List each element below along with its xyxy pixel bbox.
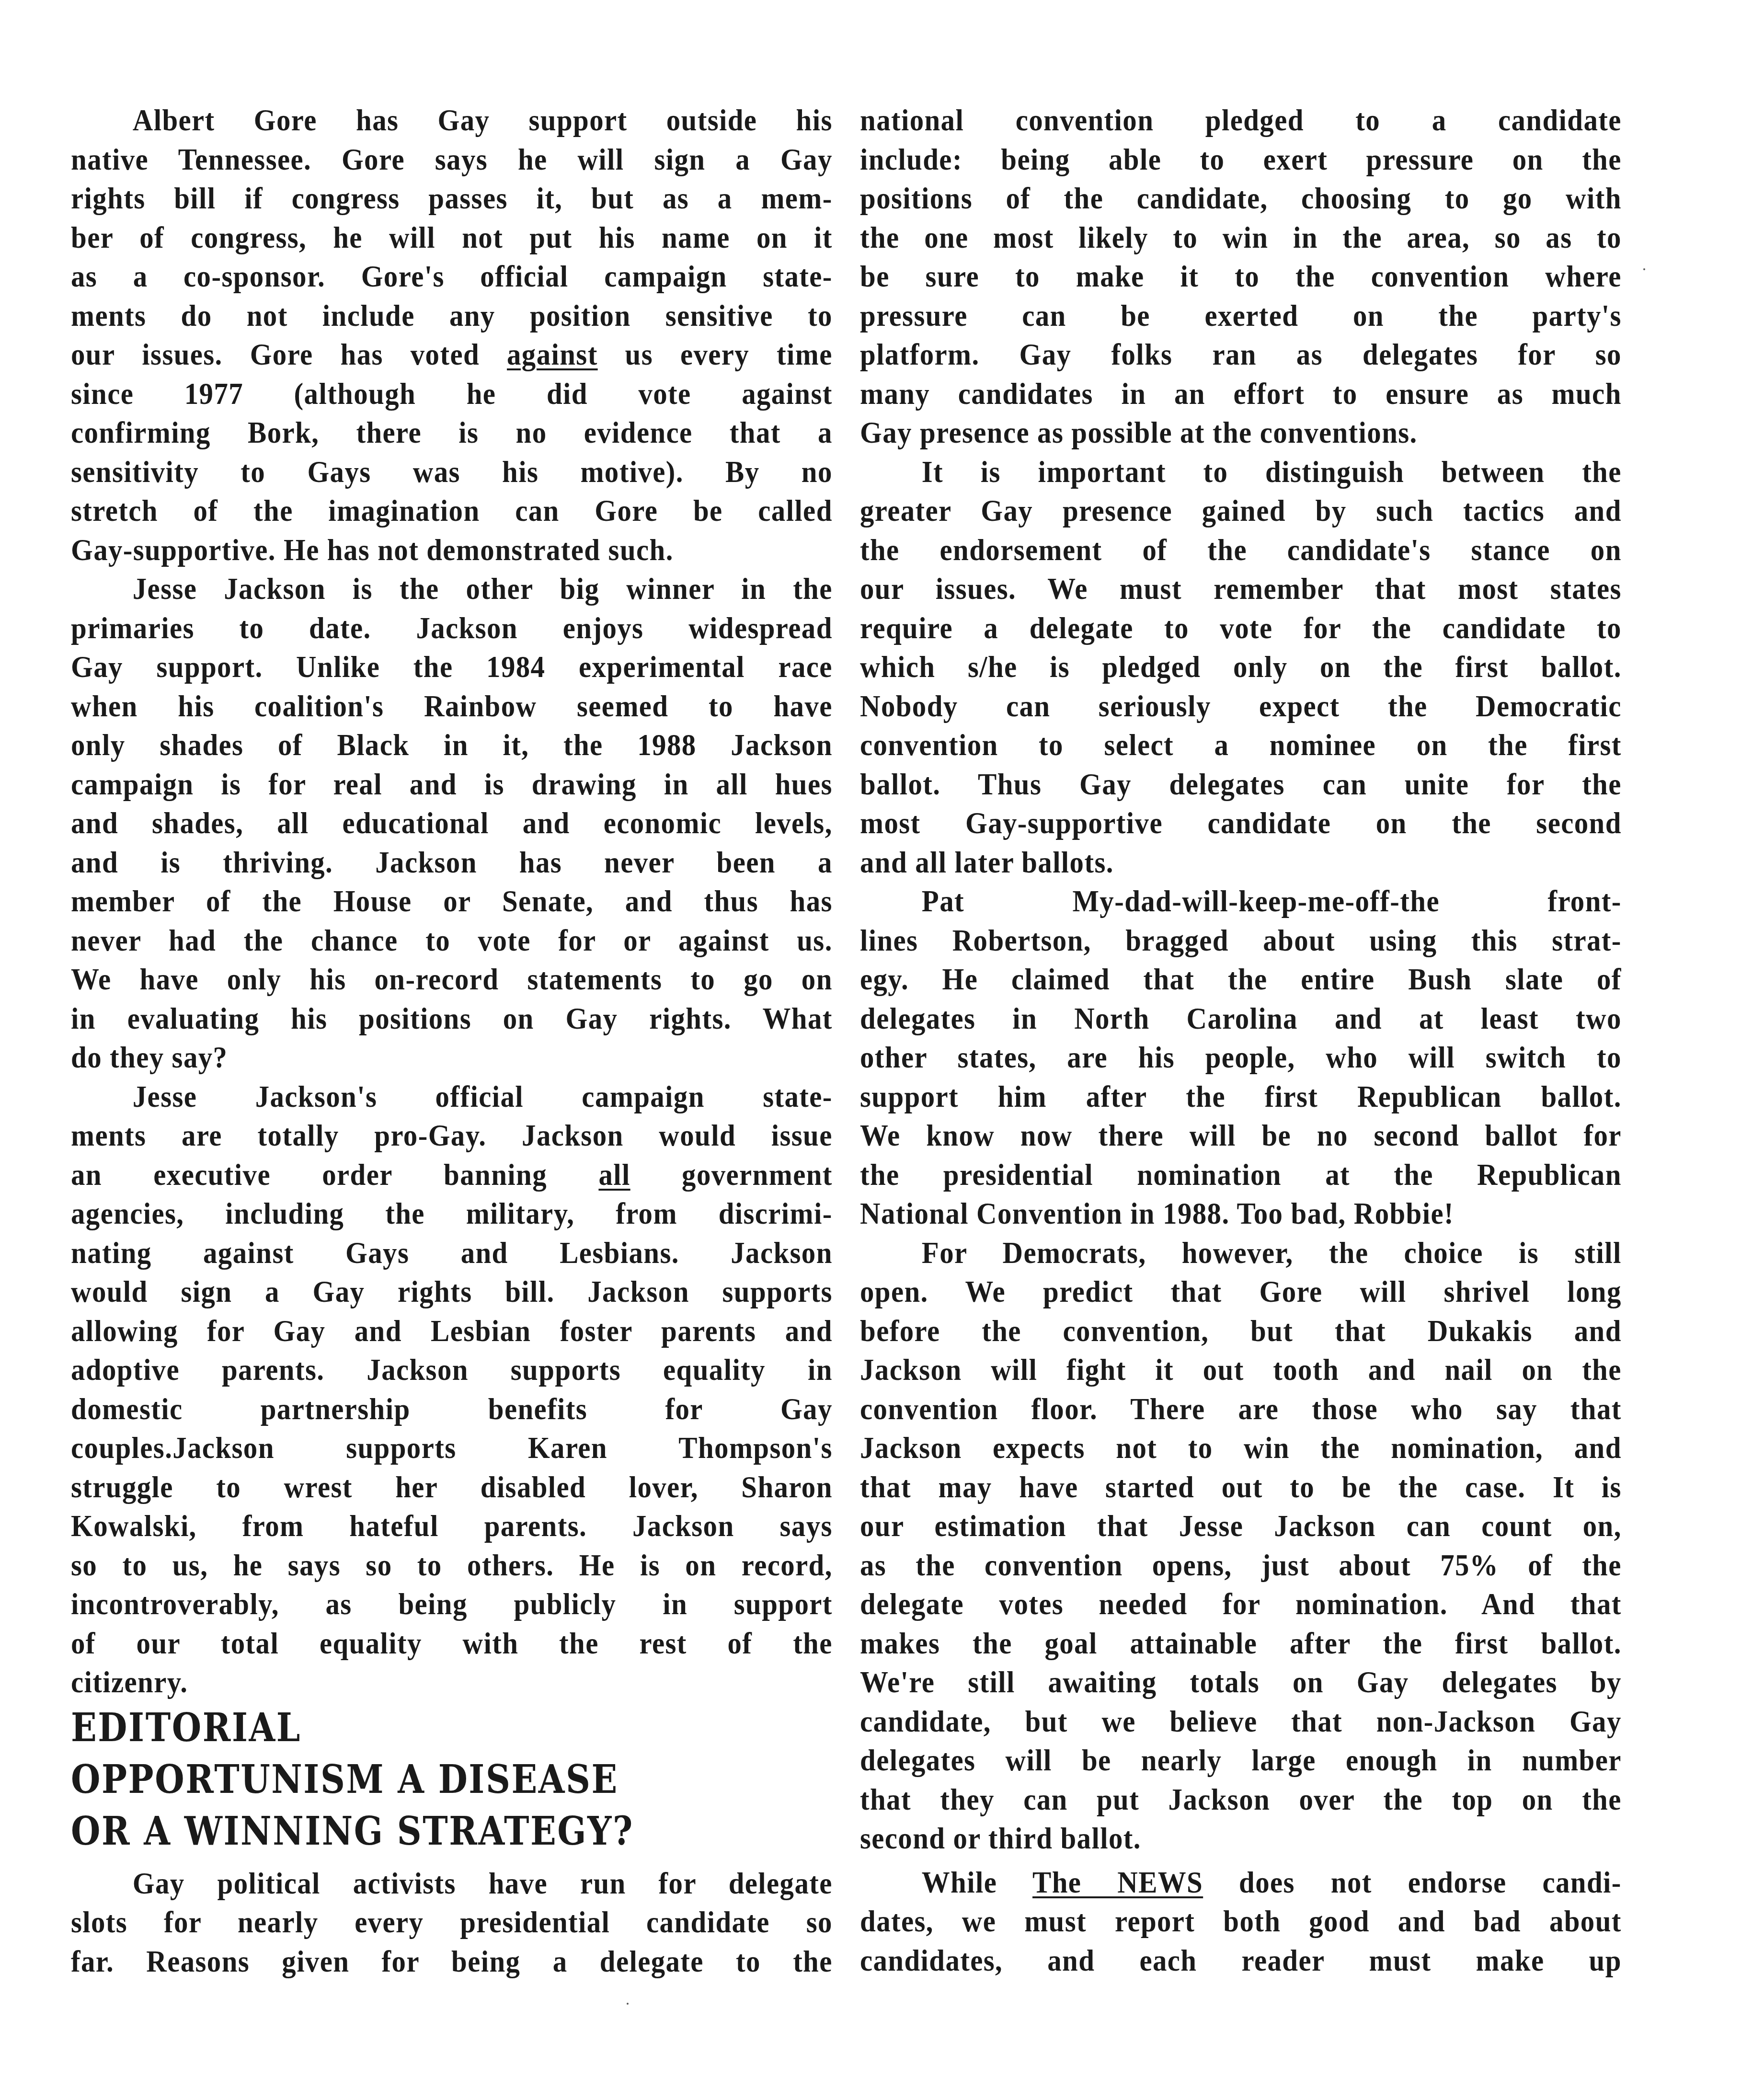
text-fragment: While xyxy=(922,1865,1032,1899)
text-line: Jackson will fight it out tooth and nail… xyxy=(860,1350,1622,1389)
paragraph-jackson-statements: Jesse Jackson's official campaign state-… xyxy=(71,1077,833,1702)
text-line: Gay support. Unlike the 1984 experimenta… xyxy=(71,647,833,687)
paragraph-robertson: Pat My-dad-will-keep-me-off-the front- l… xyxy=(860,882,1622,1233)
text-line: adoptive parents. Jackson supports equal… xyxy=(71,1350,833,1389)
paragraph-news: While The NEWS does not endorse candi- d… xyxy=(860,1863,1622,1980)
text-line: native Tennessee. Gore says he will sign… xyxy=(71,140,833,179)
text-line: since 1977 (although he did vote against xyxy=(71,374,833,413)
paragraph-democrats: For Democrats, however, the choice is st… xyxy=(860,1233,1622,1858)
text-fragment: our issues. Gore has voted xyxy=(71,337,507,371)
text-line: It is important to distinguish between t… xyxy=(860,452,1622,492)
text-line: Jesse Jackson is the other big winner in… xyxy=(71,569,833,608)
text-line: makes the goal attainable after the firs… xyxy=(860,1624,1622,1663)
text-line: before the convention, but that Dukakis … xyxy=(860,1311,1622,1351)
text-line: For Democrats, however, the choice is st… xyxy=(860,1233,1622,1273)
text-line: candidates, and each reader must make up xyxy=(860,1941,1622,1980)
text-line: slots for nearly every presidential cand… xyxy=(71,1903,833,1942)
text-line: the one most likely to win in the area, … xyxy=(860,218,1622,257)
text-line: lines Robertson, bragged about using thi… xyxy=(860,921,1622,960)
text-line: most Gay-supportive candidate on the sec… xyxy=(860,803,1622,843)
text-line: rights bill if congress passes it, but a… xyxy=(71,179,833,218)
text-line: delegates in North Carolina and at least… xyxy=(860,999,1622,1038)
text-line: egy. He claimed that the entire Bush sla… xyxy=(860,960,1622,999)
text-line: delegates will be nearly large enough in… xyxy=(860,1741,1622,1780)
text-line: only shades of Black in it, the 1988 Jac… xyxy=(71,725,833,765)
text-line: and shades, all educational and economic… xyxy=(71,803,833,843)
text-line: include: being able to exert pressure on… xyxy=(860,140,1622,179)
text-line: which s/he is pledged only on the first … xyxy=(860,647,1622,687)
text-line: and all later ballots. xyxy=(860,843,1622,882)
text-line: couples.Jackson supports Karen Thompson'… xyxy=(71,1428,833,1468)
text-line: that they can put Jackson over the top o… xyxy=(860,1780,1622,1819)
text-line: platform. Gay folks ran as delegates for… xyxy=(860,335,1622,374)
text-line: never had the chance to vote for or agai… xyxy=(71,921,833,960)
text-line: Kowalski, from hateful parents. Jackson … xyxy=(71,1506,833,1546)
text-line: many candidates in an effort to ensure a… xyxy=(860,374,1622,413)
editorial-kicker: EDITORIAL xyxy=(71,1702,726,1754)
text-fragment: government xyxy=(630,1158,833,1192)
text-line: confirming Bork, there is no evidence th… xyxy=(71,413,833,452)
text-line: delegate votes needed for nomination. An… xyxy=(860,1584,1622,1624)
text-line: would sign a Gay rights bill. Jackson su… xyxy=(71,1272,833,1311)
text-fragment: does not endorse candi- xyxy=(1203,1865,1622,1899)
text-line: struggle to wrest her disabled lover, Sh… xyxy=(71,1468,833,1507)
paragraph-gore: Albert Gore has Gay support outside his … xyxy=(71,101,833,569)
left-column: Albert Gore has Gay support outside his … xyxy=(71,101,833,1981)
text-line: agencies, including the military, from d… xyxy=(71,1194,833,1233)
text-line: convention floor. There are those who sa… xyxy=(860,1389,1622,1429)
text-line: as the convention opens, just about 75% … xyxy=(860,1546,1622,1585)
text-line: sensitivity to Gays was his motive). By … xyxy=(71,452,833,492)
text-line: nating against Gays and Lesbians. Jackso… xyxy=(71,1233,833,1273)
text-line: We know now there will be no second ball… xyxy=(860,1116,1622,1155)
text-line: Nobody can seriously expect the Democrat… xyxy=(860,687,1622,726)
paragraph-reasons: national convention pledged to a candida… xyxy=(860,101,1622,452)
underlined-all: all xyxy=(598,1158,630,1192)
text-line: far. Reasons given for being a delegate … xyxy=(71,1942,833,1981)
text-line: campaign is for real and is drawing in a… xyxy=(71,765,833,804)
text-line: ballot. Thus Gay delegates can unite for… xyxy=(860,765,1622,804)
text-line: Jesse Jackson's official campaign state- xyxy=(71,1077,833,1116)
text-line-with-underline: our issues. Gore has voted against us ev… xyxy=(71,335,833,374)
text-line: Albert Gore has Gay support outside his xyxy=(71,101,833,140)
text-line: candidate, but we believe that non-Jacks… xyxy=(860,1702,1622,1741)
underlined-against: against xyxy=(507,337,598,371)
text-line: ments are totally pro-Gay. Jackson would… xyxy=(71,1116,833,1155)
headline-line-1: OPPORTUNISM A DISEASE xyxy=(71,1754,726,1805)
right-column: national convention pledged to a candida… xyxy=(860,101,1622,1980)
text-line: convention to select a nominee on the fi… xyxy=(860,725,1622,765)
headline-line-2: OR A WINNING STRATEGY? xyxy=(71,1805,726,1857)
scan-speck xyxy=(1643,268,1645,270)
text-line: dates, we must report both good and bad … xyxy=(860,1902,1622,1941)
text-fragment: an executive order banning xyxy=(71,1158,598,1192)
text-line: stretch of the imagination can Gore be c… xyxy=(71,491,833,530)
text-line: positions of the candidate, choosing to … xyxy=(860,179,1622,218)
text-line: pressure can be exerted on the party's xyxy=(860,296,1622,335)
text-line: National Convention in 1988. Too bad, Ro… xyxy=(860,1194,1622,1233)
text-line: so to us, he says so to others. He is on… xyxy=(71,1546,833,1585)
paragraph-activists: Gay political activists have run for del… xyxy=(71,1864,833,1981)
text-line-with-underline: an executive order banning all governmen… xyxy=(71,1155,833,1194)
paragraph-jackson-winner: Jesse Jackson is the other big winner in… xyxy=(71,569,833,1077)
text-line: greater Gay presence gained by such tact… xyxy=(860,491,1622,530)
text-line: in evaluating his positions on Gay right… xyxy=(71,999,833,1038)
text-line: do they say? xyxy=(71,1038,833,1077)
text-line: citizenry. xyxy=(71,1663,833,1702)
editorial-heading: EDITORIAL OPPORTUNISM A DISEASE OR A WIN… xyxy=(71,1702,833,1857)
text-line: and is thriving. Jackson has never been … xyxy=(71,843,833,882)
text-line: Gay political activists have run for del… xyxy=(71,1864,833,1903)
text-line: Pat My-dad-will-keep-me-off-the front- xyxy=(860,882,1622,921)
text-line: that may have started out to be the case… xyxy=(860,1468,1622,1507)
text-line: our estimation that Jesse Jackson can co… xyxy=(860,1506,1622,1546)
text-line: Gay presence as possible at the conventi… xyxy=(860,413,1622,452)
text-line: second or third ballot. xyxy=(860,1819,1622,1858)
text-line: We have only his on-record statements to… xyxy=(71,960,833,999)
text-line: the endorsement of the candidate's stanc… xyxy=(860,530,1622,570)
scan-speck xyxy=(627,2003,629,2005)
text-line: require a delegate to vote for the candi… xyxy=(860,608,1622,648)
text-line: open. We predict that Gore will shrivel … xyxy=(860,1272,1622,1311)
text-line: of our total equality with the rest of t… xyxy=(71,1624,833,1663)
text-line: national convention pledged to a candida… xyxy=(860,101,1622,140)
text-line: domestic partnership benefits for Gay xyxy=(71,1389,833,1429)
text-line: Jackson expects not to win the nominatio… xyxy=(860,1428,1622,1468)
text-line-with-underline: While The NEWS does not endorse candi- xyxy=(860,1863,1622,1902)
text-line: ber of congress, he will not put his nam… xyxy=(71,218,833,257)
text-line: our issues. We must remember that most s… xyxy=(860,569,1622,608)
text-line: member of the House or Senate, and thus … xyxy=(71,882,833,921)
text-line: allowing for Gay and Lesbian foster pare… xyxy=(71,1311,833,1351)
text-line: ments do not include any position sensit… xyxy=(71,296,833,335)
text-line: incontroverably, as being publicly in su… xyxy=(71,1584,833,1624)
text-line: support him after the first Republican b… xyxy=(860,1077,1622,1116)
text-line: other states, are his people, who will s… xyxy=(860,1038,1622,1077)
text-line: Gay-supportive. He has not demonstrated … xyxy=(71,530,833,570)
paragraph-distinguish: It is important to distinguish between t… xyxy=(860,452,1622,882)
text-line: the presidential nomination at the Repub… xyxy=(860,1155,1622,1194)
text-line: We're still awaiting totals on Gay deleg… xyxy=(860,1663,1622,1702)
underlined-the-news: The NEWS xyxy=(1032,1865,1203,1899)
text-line: be sure to make it to the convention whe… xyxy=(860,257,1622,296)
text-line: primaries to date. Jackson enjoys widesp… xyxy=(71,608,833,648)
text-fragment: us every time xyxy=(598,337,833,371)
text-line: when his coalition's Rainbow seemed to h… xyxy=(71,687,833,726)
text-line: as a co-sponsor. Gore's official campaig… xyxy=(71,257,833,296)
